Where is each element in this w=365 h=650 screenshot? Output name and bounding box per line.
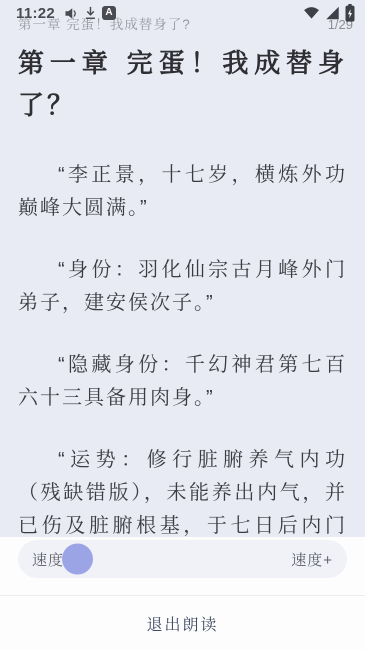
paragraph-3: “隐藏身份：千幻神君第七百六十三具备用肉身。” xyxy=(18,349,347,415)
speed-slider[interactable]: 速度- 速度+ xyxy=(18,540,347,578)
reading-area[interactable]: 第一章 完蛋！我成替身了？ “李正景，十七岁，横炼外功巅峰大圆满。” “身份：羽… xyxy=(0,36,365,537)
status-right xyxy=(303,4,355,22)
cell-signal-icon xyxy=(325,6,340,20)
paragraph-2: “身份：羽化仙宗古月峰外门弟子，建安侯次子。” xyxy=(18,254,347,320)
wifi-icon xyxy=(303,6,320,20)
speed-slider-thumb[interactable] xyxy=(62,544,93,575)
paragraph-1: “李正景，十七岁，横炼外功巅峰大圆满。” xyxy=(18,159,347,225)
reader-screen: 11:22 A xyxy=(0,0,365,650)
volume-icon xyxy=(64,7,79,20)
chapter-title: 第一章 完蛋！我成替身了？ xyxy=(18,42,347,126)
clock: 11:22 xyxy=(16,5,55,22)
paragraph-4: “运势：修行脏腑养气内功（残缺错版），未能养出内气，并已伤及脏腑根基，于七日后内… xyxy=(18,444,347,537)
status-left: 11:22 A xyxy=(16,5,116,22)
exit-row: 退出朗读 xyxy=(0,596,365,650)
battery-icon xyxy=(345,4,355,22)
status-bar: 11:22 A xyxy=(0,0,365,24)
speed-increase-button[interactable]: 速度+ xyxy=(291,549,333,570)
tts-control-panel: 速度- 速度+ 退出朗读 xyxy=(0,537,365,650)
exit-tts-button[interactable]: 退出朗读 xyxy=(140,611,224,636)
auto-read-badge: A xyxy=(102,6,116,20)
download-icon xyxy=(84,6,97,20)
top-area: 11:22 A xyxy=(0,0,365,36)
